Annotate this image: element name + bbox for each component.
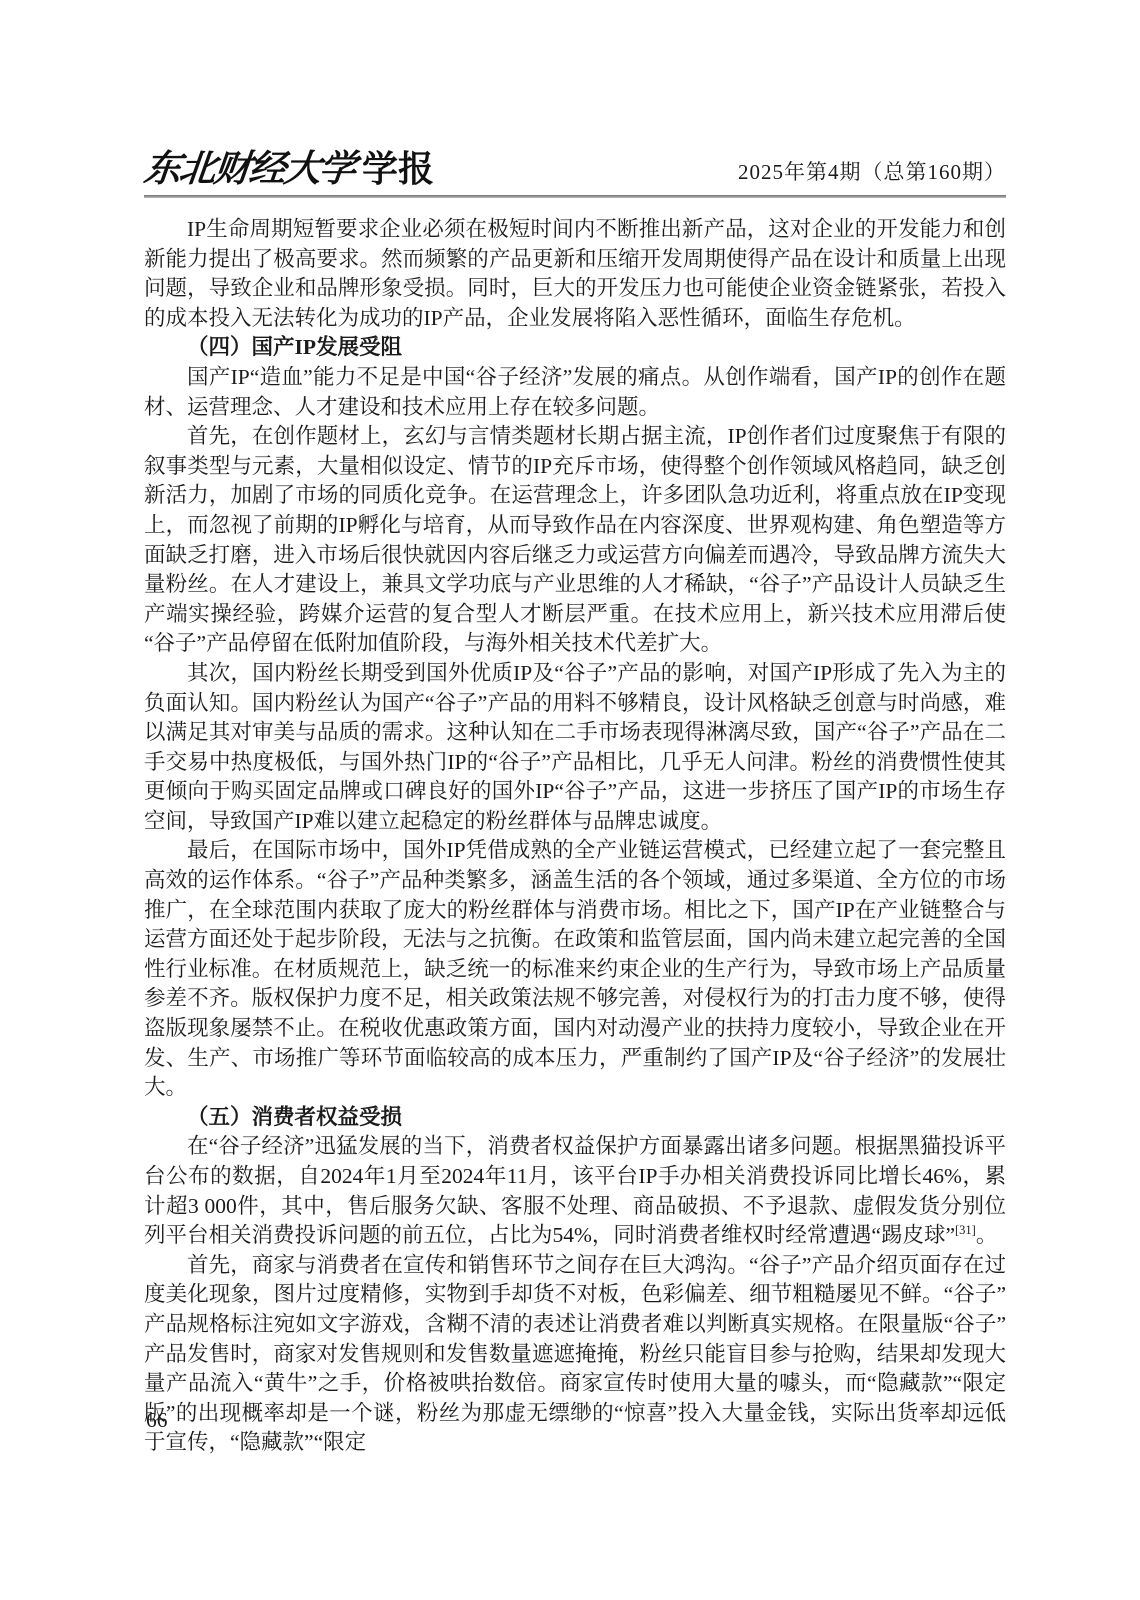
journal-logo: 东北财经大学 学报 <box>144 151 434 188</box>
page-header: 东北财经大学 学报 2025年第4期（总第160期） <box>144 132 1006 188</box>
section-heading-4: （四）国产IP发展受阻 <box>144 333 1006 363</box>
section-heading-5: （五）消费者权益受损 <box>144 1103 1006 1133</box>
issue-info: 2025年第4期（总第160期） <box>738 156 1006 188</box>
header-rule <box>144 195 1006 198</box>
journal-name-suffix: 学报 <box>362 151 434 187</box>
paragraph-fan-perception: 其次，国内粉丝长期受到国外优质IP及“谷子”产品的影响，对国产IP形成了先入为主… <box>144 659 1006 837</box>
consumer-complaints-text-end: 。 <box>976 1223 998 1247</box>
paragraph-ip-lifecycle: IP生命周期短暂要求企业必须在极短时间内不断推出新产品，这对企业的开发能力和创新… <box>144 215 1006 333</box>
paragraph-consumer-complaints: 在“谷子经济”迅猛发展的当下，消费者权益保护方面暴露出诸多问题。根据黑猫投诉平台… <box>144 1132 1006 1250</box>
citation-ref-31: [31] <box>955 1223 976 1237</box>
paragraph-merchant-gap: 首先，商家与消费者在宣传和销售环节之间存在巨大鸿沟。“谷子”产品介绍页面存在过度… <box>144 1251 1006 1458</box>
consumer-complaints-text: 在“谷子经济”迅猛发展的当下，消费者权益保护方面暴露出诸多问题。根据黑猫投诉平台… <box>144 1134 1006 1247</box>
article-body: IP生命周期短暂要求企业必须在极短时间内不断推出新产品，这对企业的开发能力和创新… <box>144 215 1006 1458</box>
paragraph-section4-intro: 国产IP“造血”能力不足是中国“谷子经济”发展的痛点。从创作端看，国产IP的创作… <box>144 363 1006 422</box>
journal-name-calligraphy: 东北财经大学 <box>142 151 356 188</box>
paragraph-international-market: 最后，在国际市场中，国外IP凭借成熟的全产业链运营模式，已经建立起了一套完整且高… <box>144 836 1006 1102</box>
journal-page: 东北财经大学 学报 2025年第4期（总第160期） IP生命周期短暂要求企业必… <box>0 0 1140 1600</box>
page-number: 66 <box>146 1408 168 1433</box>
paragraph-creation-theme: 首先，在创作题材上，玄幻与言情类题材长期占据主流，IP创作者们过度聚焦于有限的叙… <box>144 422 1006 659</box>
